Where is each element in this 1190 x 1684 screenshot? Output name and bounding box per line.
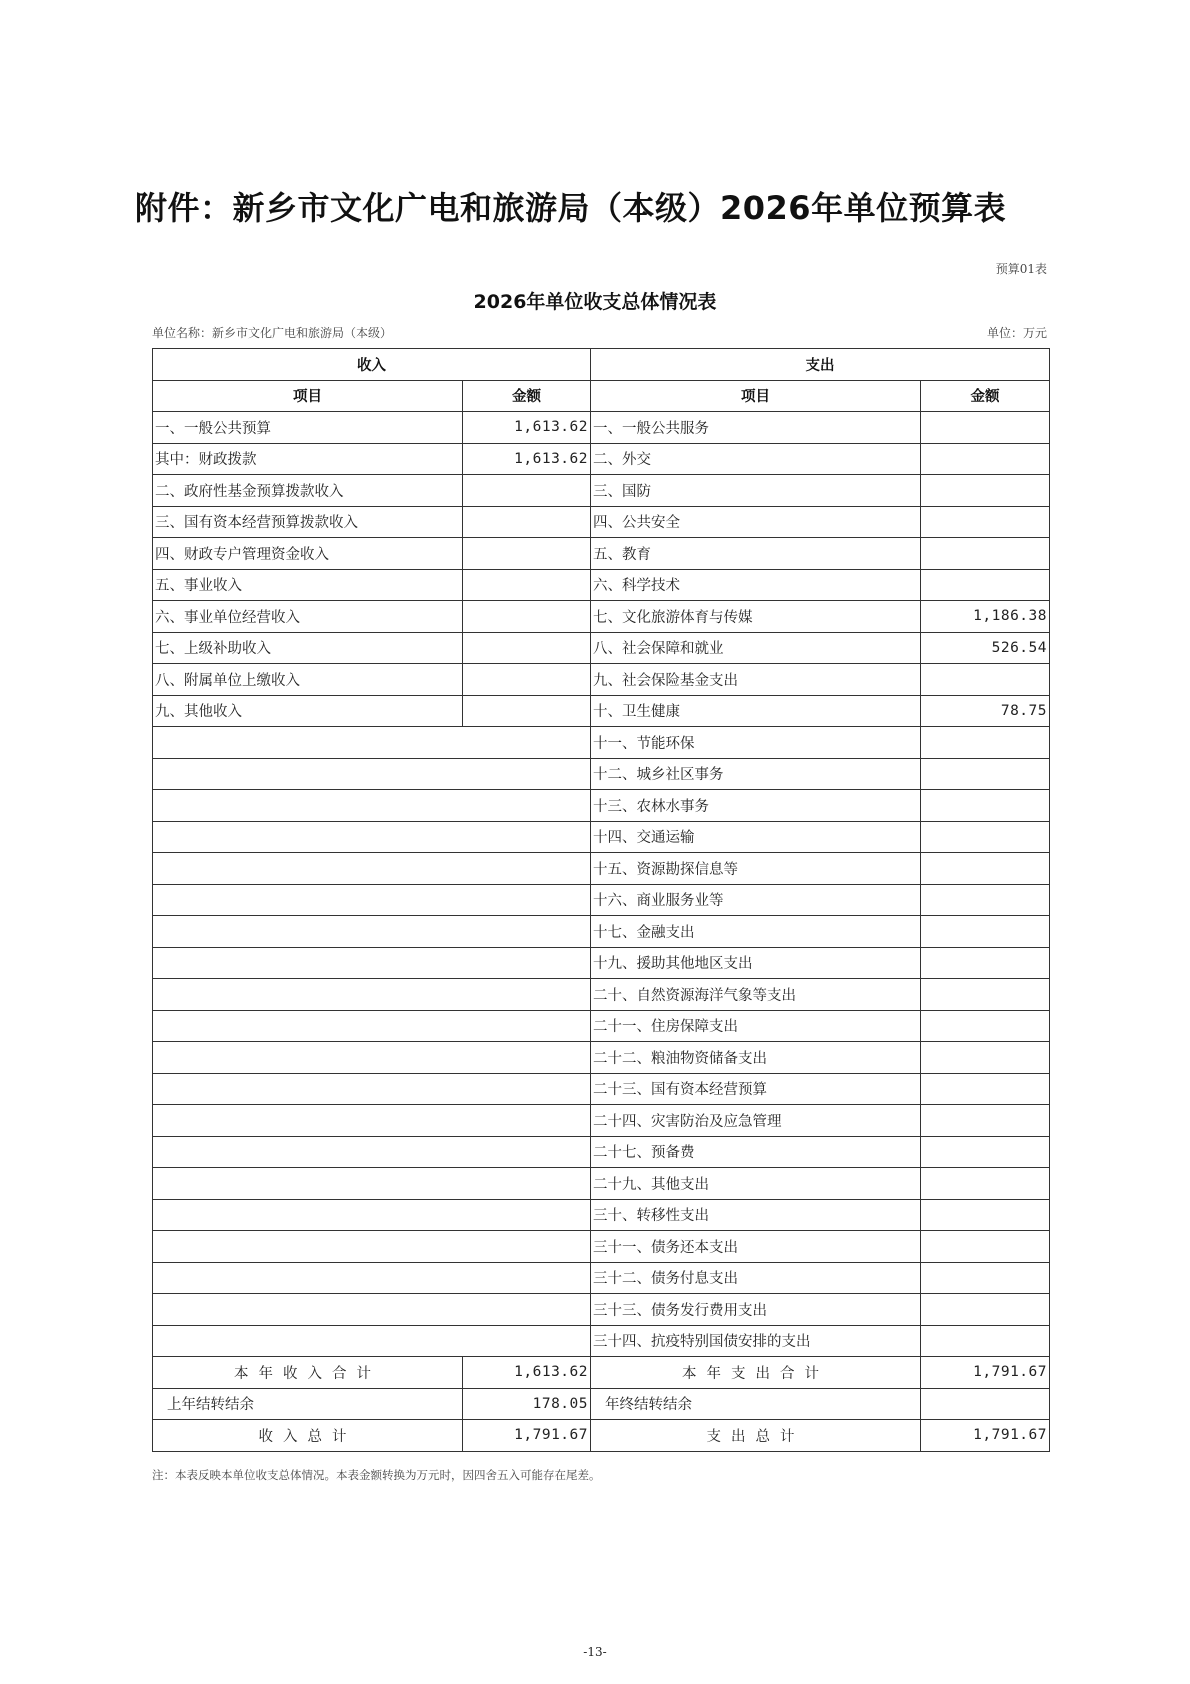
table-row: 十三、农林水事务 [153,790,1050,822]
empty-income-cell [153,1294,591,1326]
table-row: 十九、援助其他地区支出 [153,947,1050,979]
expense-amount-cell [921,664,1050,696]
expense-amount-cell [921,475,1050,507]
expense-amount-cell [921,1073,1050,1105]
empty-income-cell [153,1136,591,1168]
income-amount-cell [463,538,591,570]
income-item-cell: 一、一般公共预算 [153,412,463,444]
table-row: 九、其他收入十、卫生健康78.75 [153,695,1050,727]
income-amount-cell: 1,613.62 [463,443,591,475]
table-row: 十一、节能环保 [153,727,1050,759]
expense-amount-cell [921,538,1050,570]
expense-item-cell: 二十二、粮油物资储备支出 [591,1042,921,1074]
expense-amount-cell [921,1042,1050,1074]
table-row: 十四、交通运输 [153,821,1050,853]
table-row: 二十、自然资源海洋气象等支出 [153,979,1050,1011]
expense-item-cell: 八、社会保障和就业 [591,632,921,664]
expense-amount-cell: 78.75 [921,695,1050,727]
empty-income-cell [153,884,591,916]
expense-grand-total-amount: 1,791.67 [921,1420,1050,1452]
income-year-total-label: 本年收入合计 [153,1357,463,1389]
expense-item-column-header: 项目 [591,380,921,412]
income-item-cell: 三、国有资本经营预算拨款收入 [153,506,463,538]
expense-amount-cell [921,916,1050,948]
expense-item-cell: 三十四、抗疫特别国债安排的支出 [591,1325,921,1357]
income-item-column-header: 项目 [153,380,463,412]
table-row: 三十一、债务还本支出 [153,1231,1050,1263]
expense-amount-cell [921,1231,1050,1263]
expense-item-cell: 十一、节能环保 [591,727,921,759]
income-year-total-amount: 1,613.62 [463,1357,591,1389]
expense-amount-cell [921,853,1050,885]
empty-income-cell [153,790,591,822]
table-row: 七、上级补助收入八、社会保障和就业526.54 [153,632,1050,664]
table-row: 四、财政专户管理资金收入五、教育 [153,538,1050,570]
expense-year-total-label: 本年支出合计 [591,1357,921,1389]
empty-income-cell [153,947,591,979]
table-row: 六、事业单位经营收入七、文化旅游体育与传媒1,186.38 [153,601,1050,633]
table-row: 八、附属单位上缴收入九、社会保险基金支出 [153,664,1050,696]
expense-item-cell: 二十七、预备费 [591,1136,921,1168]
expense-amount-cell [921,443,1050,475]
expense-amount-cell [921,412,1050,444]
empty-income-cell [153,979,591,1011]
income-amount-cell [463,475,591,507]
expense-grand-total-label: 支出总计 [591,1420,921,1452]
empty-income-cell [153,1010,591,1042]
table-row: 十二、城乡社区事务 [153,758,1050,790]
income-grand-total-label: 收入总计 [153,1420,463,1452]
table-row: 三十三、债务发行费用支出 [153,1294,1050,1326]
currency-unit-label: 单位：万元 [987,324,1047,341]
expense-item-cell: 三十、转移性支出 [591,1199,921,1231]
expense-item-cell: 三十二、债务付息支出 [591,1262,921,1294]
expense-amount-cell [921,821,1050,853]
table-row: 十七、金融支出 [153,916,1050,948]
income-amount-cell [463,695,591,727]
table-row: 三十四、抗疫特别国债安排的支出 [153,1325,1050,1357]
empty-income-cell [153,853,591,885]
income-item-cell: 七、上级补助收入 [153,632,463,664]
table-row: 二十九、其他支出 [153,1168,1050,1200]
expense-amount-cell [921,1262,1050,1294]
table-row: 三十二、债务付息支出 [153,1262,1050,1294]
expense-amount-cell [921,758,1050,790]
column-header-row: 项目 金额 项目 金额 [153,380,1050,412]
document-main-title: 附件：新乡市文化广电和旅游局（本级）2026年单位预算表 [135,183,1006,229]
empty-income-cell [153,1231,591,1263]
prior-year-carryover-amount: 178.05 [463,1388,591,1420]
table-row: 二、政府性基金预算拨款收入三、国防 [153,475,1050,507]
empty-income-cell [153,1105,591,1137]
expense-item-cell: 十九、援助其他地区支出 [591,947,921,979]
expense-item-cell: 九、社会保险基金支出 [591,664,921,696]
expense-amount-cell [921,884,1050,916]
expense-amount-cell [921,790,1050,822]
expense-amount-cell [921,727,1050,759]
income-amount-cell [463,664,591,696]
expense-amount-cell [921,506,1050,538]
table-row: 二十一、住房保障支出 [153,1010,1050,1042]
expense-amount-cell [921,1325,1050,1357]
year-end-carryover-label: 年终结转结余 [591,1388,921,1420]
expense-item-cell: 三十三、债务发行费用支出 [591,1294,921,1326]
expense-amount-cell: 1,186.38 [921,601,1050,633]
income-amount-cell [463,569,591,601]
expense-item-cell: 六、科学技术 [591,569,921,601]
income-amount-cell [463,632,591,664]
expense-item-cell: 十、卫生健康 [591,695,921,727]
table-row: 二十三、国有资本经营预算 [153,1073,1050,1105]
expense-amount-column-header: 金额 [921,380,1050,412]
expense-item-cell: 二、外交 [591,443,921,475]
expense-item-cell: 二十三、国有资本经营预算 [591,1073,921,1105]
income-amount-cell [463,506,591,538]
expense-amount-cell [921,1136,1050,1168]
empty-income-cell [153,1199,591,1231]
table-row: 三十、转移性支出 [153,1199,1050,1231]
totals-row: 本年收入合计1,613.62本年支出合计1,791.67 [153,1357,1050,1389]
table-row: 二十七、预备费 [153,1136,1050,1168]
empty-income-cell [153,1042,591,1074]
income-item-cell: 其中：财政拨款 [153,443,463,475]
table-row: 十六、商业服务业等 [153,884,1050,916]
section-header-row: 收入 支出 [153,349,1050,381]
table-row: 其中：财政拨款1,613.62二、外交 [153,443,1050,475]
income-amount-cell: 1,613.62 [463,412,591,444]
expense-item-cell: 十四、交通运输 [591,821,921,853]
expense-item-cell: 四、公共安全 [591,506,921,538]
totals-row: 收入总计1,791.67支出总计1,791.67 [153,1420,1050,1452]
expense-item-cell: 二十九、其他支出 [591,1168,921,1200]
income-item-cell: 二、政府性基金预算拨款收入 [153,475,463,507]
expense-amount-cell [921,1168,1050,1200]
unit-name-label: 单位名称：新乡市文化广电和旅游局（本级） [152,324,392,341]
empty-income-cell [153,727,591,759]
year-end-carryover-amount [921,1388,1050,1420]
table-title: 2026年单位收支总体情况表 [0,287,1190,314]
income-item-cell: 六、事业单位经营收入 [153,601,463,633]
empty-income-cell [153,1168,591,1200]
expense-item-cell: 二十一、住房保障支出 [591,1010,921,1042]
expense-item-cell: 五、教育 [591,538,921,570]
table-row: 二十二、粮油物资储备支出 [153,1042,1050,1074]
expense-amount-cell [921,947,1050,979]
expense-header: 支出 [591,349,1050,381]
expense-item-cell: 十五、资源勘探信息等 [591,853,921,885]
expense-amount-cell [921,979,1050,1011]
table-row: 二十四、灾害防治及应急管理 [153,1105,1050,1137]
income-item-cell: 四、财政专户管理资金收入 [153,538,463,570]
income-header: 收入 [153,349,591,381]
expense-item-cell: 三、国防 [591,475,921,507]
expense-item-cell: 二十、自然资源海洋气象等支出 [591,979,921,1011]
table-row: 十五、资源勘探信息等 [153,853,1050,885]
expense-amount-cell [921,569,1050,601]
table-row: 五、事业收入六、科学技术 [153,569,1050,601]
table-footnote: 注：本表反映本单位收支总体情况。本表金额转换为万元时，因四舍五入可能存在尾差。 [152,1467,601,1483]
empty-income-cell [153,1325,591,1357]
expense-item-cell: 十七、金融支出 [591,916,921,948]
expense-year-total-amount: 1,791.67 [921,1357,1050,1389]
income-grand-total-amount: 1,791.67 [463,1420,591,1452]
expense-amount-cell [921,1294,1050,1326]
empty-income-cell [153,821,591,853]
expense-amount-cell [921,1010,1050,1042]
expense-item-cell: 三十一、债务还本支出 [591,1231,921,1263]
income-item-cell: 五、事业收入 [153,569,463,601]
prior-year-carryover-label: 上年结转结余 [153,1388,463,1420]
expense-item-cell: 二十四、灾害防治及应急管理 [591,1105,921,1137]
expense-amount-cell: 526.54 [921,632,1050,664]
empty-income-cell [153,1262,591,1294]
expense-item-cell: 十六、商业服务业等 [591,884,921,916]
expense-amount-cell [921,1199,1050,1231]
income-item-cell: 九、其他收入 [153,695,463,727]
income-amount-cell [463,601,591,633]
income-item-cell: 八、附属单位上缴收入 [153,664,463,696]
expense-item-cell: 十三、农林水事务 [591,790,921,822]
table-number: 预算01表 [996,260,1047,277]
totals-row: 上年结转结余178.05年终结转结余 [153,1388,1050,1420]
empty-income-cell [153,916,591,948]
expense-item-cell: 十二、城乡社区事务 [591,758,921,790]
table-row: 三、国有资本经营预算拨款收入四、公共安全 [153,506,1050,538]
table-row: 一、一般公共预算1,613.62一、一般公共服务 [153,412,1050,444]
page-number: -13- [0,1645,1190,1659]
empty-income-cell [153,1073,591,1105]
empty-income-cell [153,758,591,790]
budget-summary-table: 收入 支出 项目 金额 项目 金额 一、一般公共预算1,613.62一、一般公共… [152,348,1050,1452]
expense-amount-cell [921,1105,1050,1137]
expense-item-cell: 一、一般公共服务 [591,412,921,444]
income-amount-column-header: 金额 [463,380,591,412]
expense-item-cell: 七、文化旅游体育与传媒 [591,601,921,633]
